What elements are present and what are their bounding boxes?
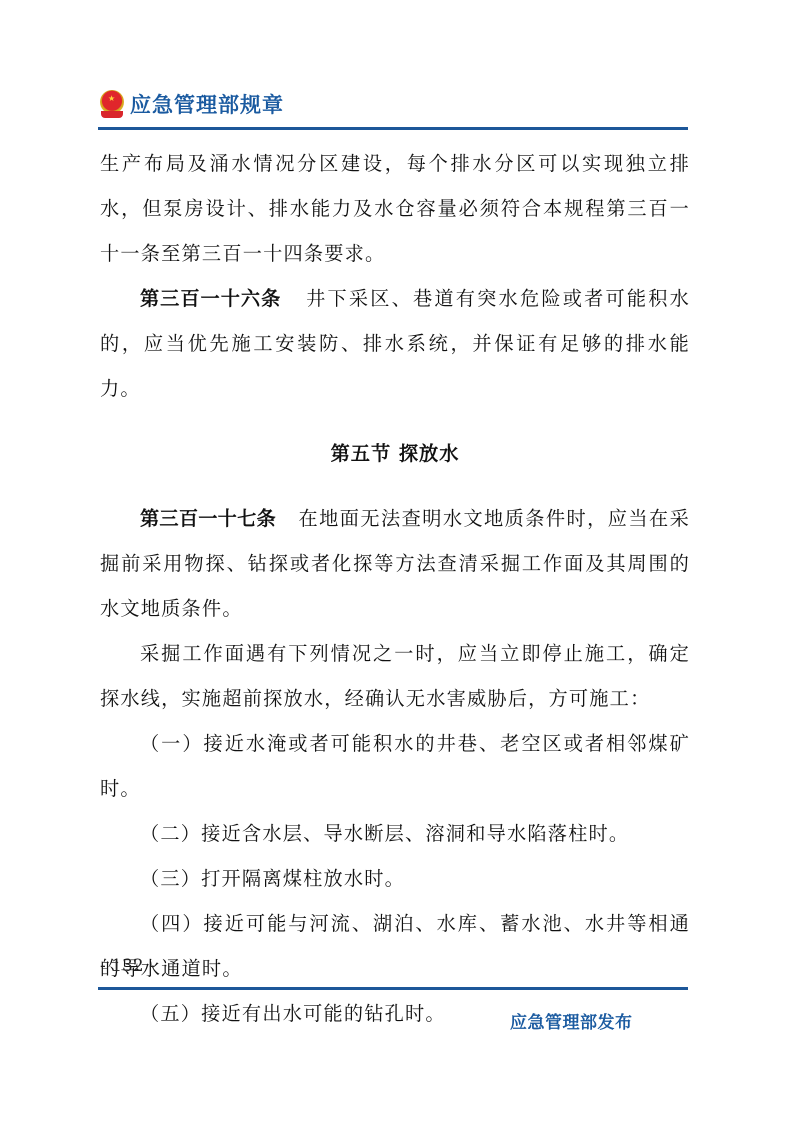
list-item: （三）打开隔离煤柱放水时。 <box>100 856 690 901</box>
paragraph-continuation: 生产布局及涌水情况分区建设，每个排水分区可以实现独立排水，但泵房设计、排水能力及… <box>100 141 690 276</box>
article-317: 第三百一十七条 在地面无法查明水文地质条件时，应当在采掘前采用物探、钻探或者化探… <box>100 496 690 631</box>
header-title: 应急管理部规章 <box>130 89 284 119</box>
list-item: （一）接近水淹或者可能积水的井巷、老空区或者相邻煤矿时。 <box>100 721 690 811</box>
article-label: 第三百一十七条 <box>140 507 276 530</box>
list-item: （四）接近可能与河流、湖泊、水库、蓄水池、水井等相通的导水通道时。 <box>100 901 690 991</box>
article-label: 第三百一十六条 <box>140 287 281 310</box>
header-divider <box>98 127 688 130</box>
article-316: 第三百一十六条 井下采区、巷道有突水危险或者可能积水的，应当优先施工安装防、排水… <box>100 276 690 411</box>
document-body: 生产布局及涌水情况分区建设，每个排水分区可以实现独立排水，但泵房设计、排水能力及… <box>100 141 690 1036</box>
page-header: ★ 应急管理部规章 <box>98 86 284 122</box>
page-number: - 132 - <box>100 956 155 976</box>
section-title: 第五节 探放水 <box>100 431 690 476</box>
footer-publisher: 应急管理部发布 <box>510 1008 633 1033</box>
footer-divider <box>98 987 688 990</box>
national-emblem-icon: ★ <box>98 89 126 119</box>
paragraph-intro: 采掘工作面遇有下列情况之一时，应当立即停止施工，确定探水线，实施超前探放水，经确… <box>100 631 690 721</box>
list-item: （二）接近含水层、导水断层、溶洞和导水陷落柱时。 <box>100 811 690 856</box>
